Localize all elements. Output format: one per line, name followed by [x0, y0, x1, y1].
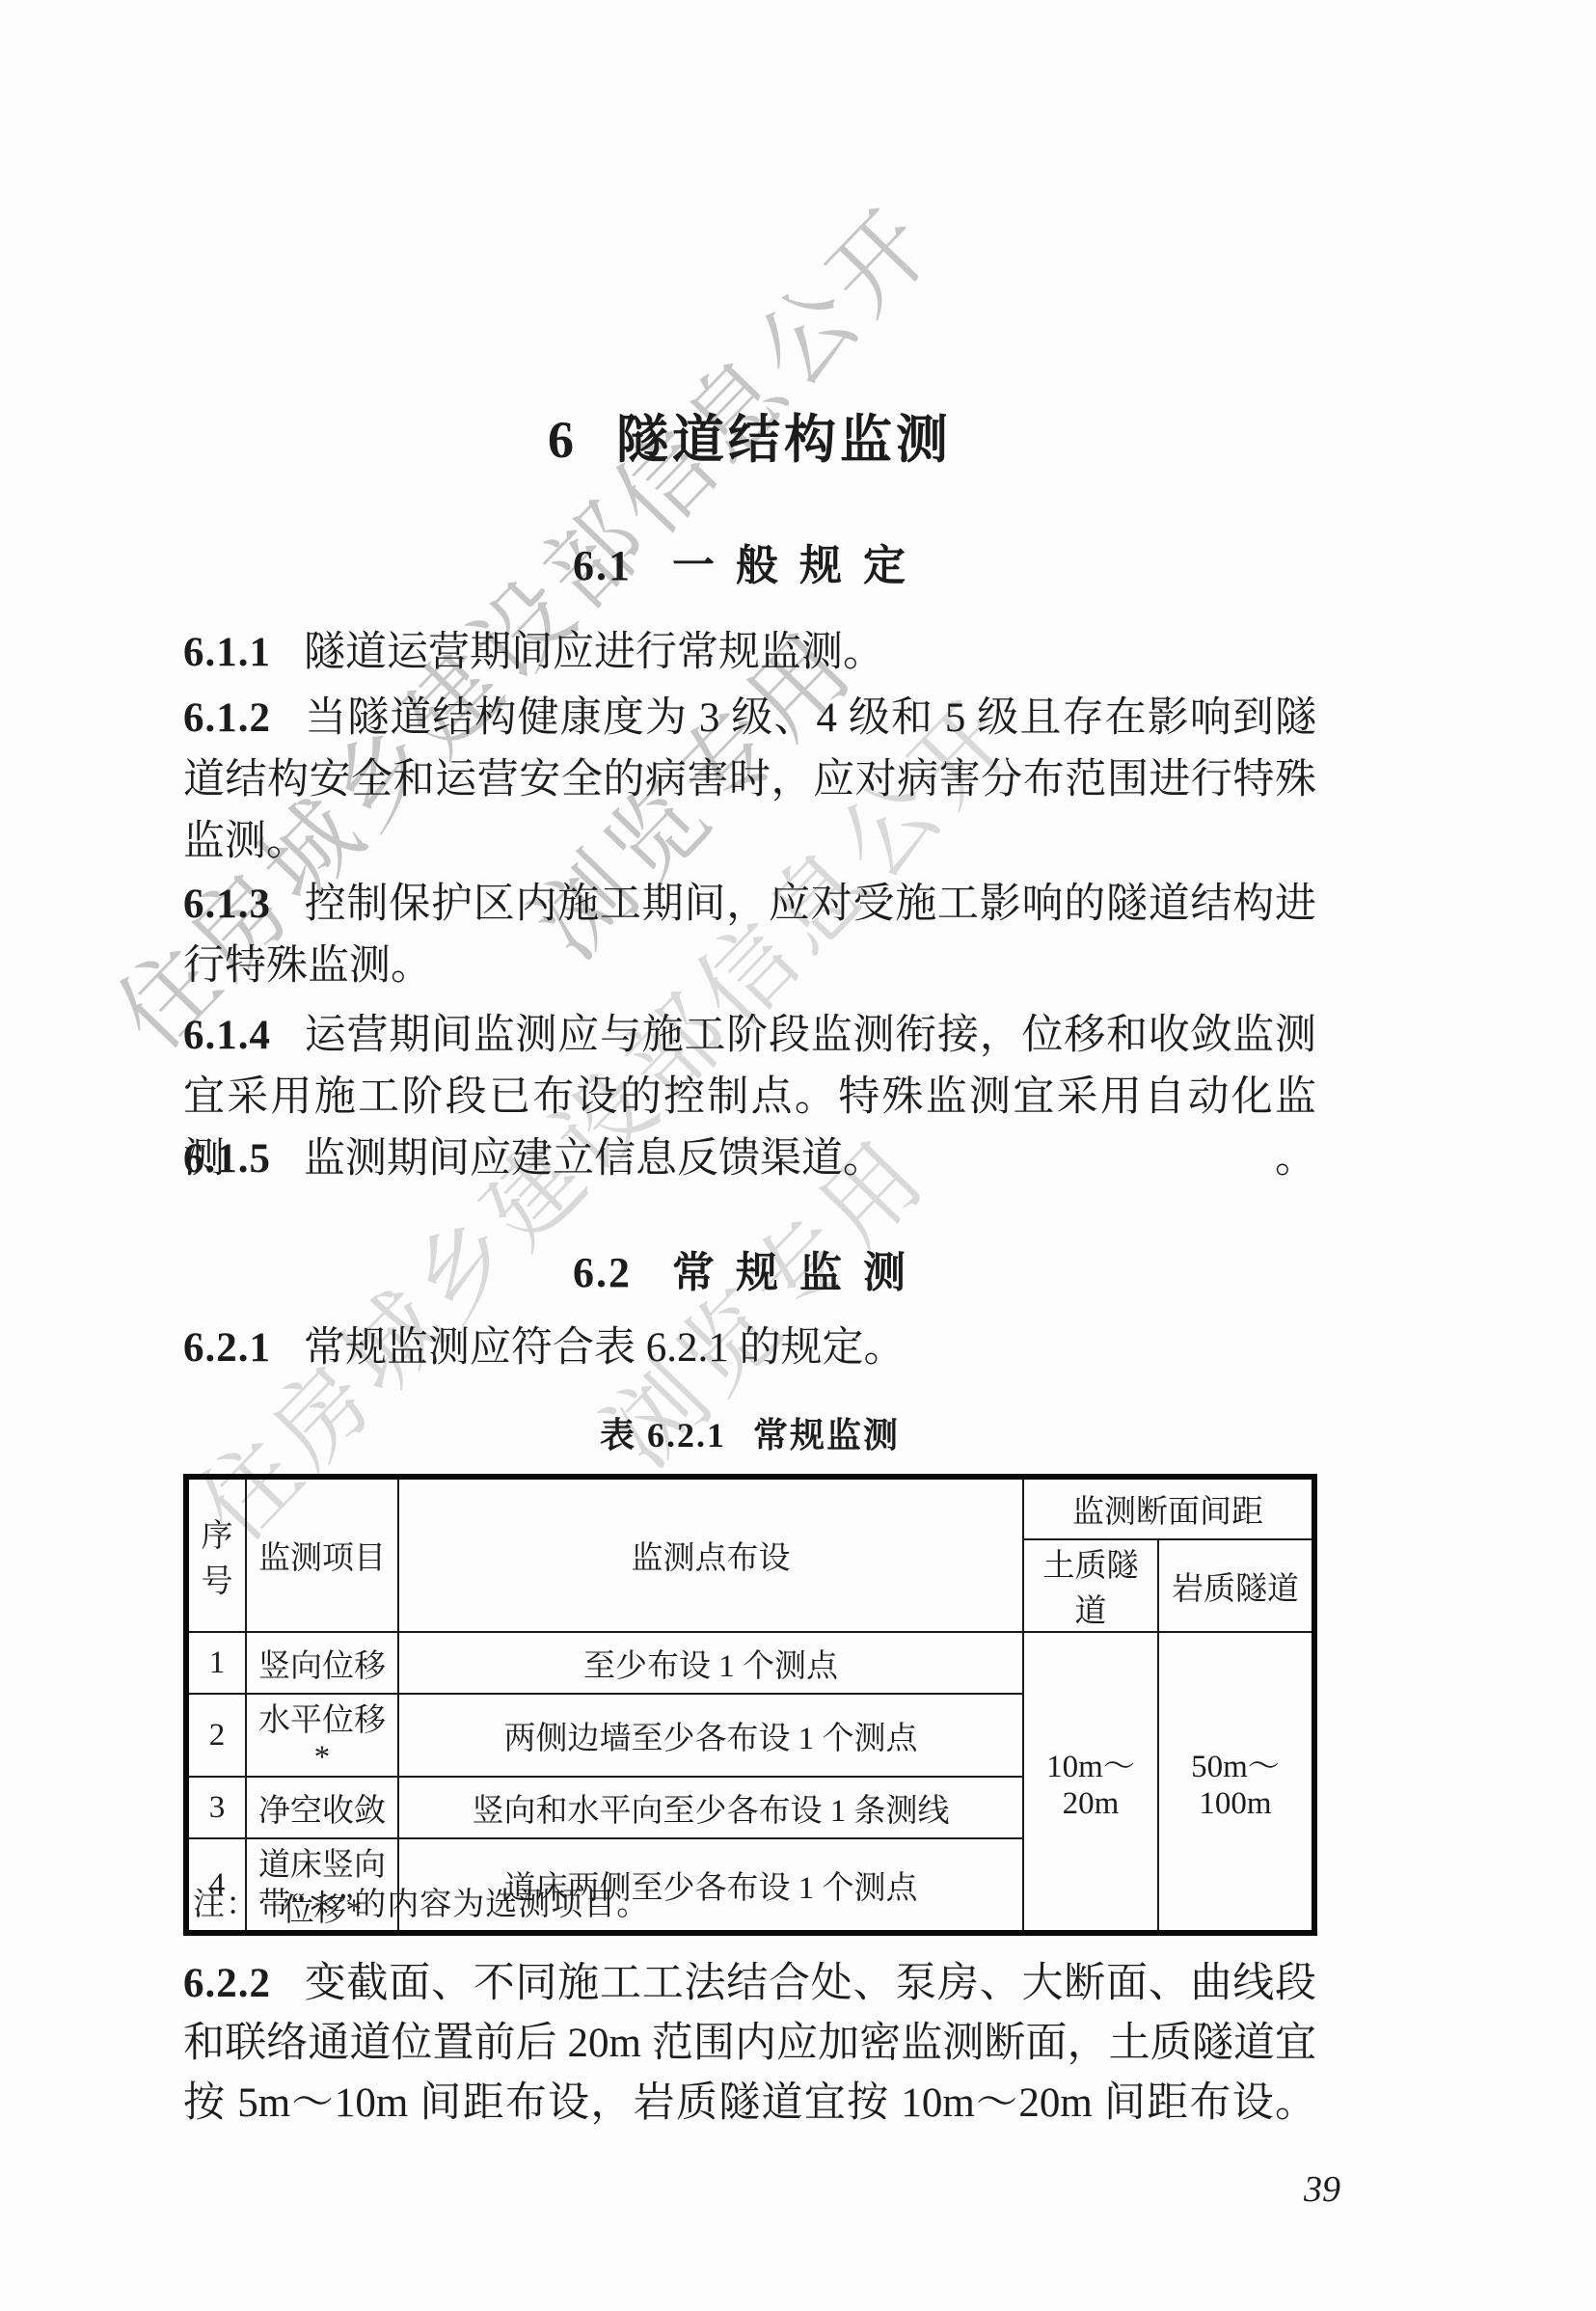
clause-line: 监测。 — [183, 811, 1316, 873]
clause-6-1-1: 6.1.1隧道运营期间应进行常规监测。 — [183, 622, 1316, 684]
clause-text: 当隧道结构健康度为 3 级、4 级和 5 级且存在影响到隧 — [304, 695, 1316, 741]
section-6-1-title: 一般规定 — [672, 542, 927, 589]
clause-line: 6.1.5监测期间应建立信息反馈渠道。 — [183, 1128, 1316, 1190]
clause-text: 道结构安全和运营安全的病害时，应对病害分布范围进行特殊 — [183, 757, 1316, 802]
header-rock-tunnel: 岩质隧道 — [1158, 1539, 1314, 1632]
clause-line: 6.2.2变截面、不同施工工法结合处、泵房、大断面、曲线段 — [183, 1954, 1316, 2014]
header-layout: 监测点布设 — [398, 1477, 1023, 1632]
section-heading-6-1: 6.1一般规定 — [183, 530, 1316, 592]
clause-line: 6.1.1隧道运营期间应进行常规监测。 — [183, 622, 1316, 684]
clause-text: 常规监测应符合表 6.2.1 的规定。 — [304, 1325, 906, 1371]
table-caption-number: 表 6.2.1 — [600, 1416, 726, 1455]
page-number: 39 — [1304, 2168, 1340, 2211]
header-no: 序号 — [186, 1477, 246, 1632]
clause-line: 6.1.4运营期间监测应与施工阶段监测衔接，位移和收敛监测 — [183, 1005, 1316, 1067]
clause-text: 按 5m～10m 间距布设，岩质隧道宜按 10m～20m 间距布设。 — [183, 2080, 1316, 2126]
clause-6-1-3: 6.1.3控制保护区内施工期间，应对受施工影响的隧道结构进 行特殊监测。 — [183, 874, 1316, 997]
clause-number: 6.2.2 — [183, 1961, 271, 2006]
document-page: 住房城乡建设部信息公开 浏览专用 住房城乡建设部信息公开 浏览专用 6隧道结构监… — [0, 0, 1596, 2311]
clause-text: 隧道运营期间应进行常规监测。 — [304, 630, 884, 675]
table-caption: 表 6.2.1常规监测 — [183, 1408, 1316, 1457]
header-spacing-group: 监测断面间距 — [1023, 1477, 1314, 1539]
cell-layout: 竖向和水平向至少各布设 1 条测线 — [398, 1777, 1023, 1838]
table-note: 注：带“＊”的内容为选测项目。 — [193, 1879, 649, 1924]
clause-6-1-5: 6.1.5监测期间应建立信息反馈渠道。 — [183, 1128, 1316, 1190]
clause-text: 监测。 — [183, 819, 308, 864]
table-caption-title: 常规监测 — [753, 1416, 900, 1455]
clause-line: 行特殊监测。 — [183, 936, 1316, 997]
clause-line: 6.1.2当隧道结构健康度为 3 级、4 级和 5 级且存在影响到隧 — [183, 688, 1316, 749]
clause-line: 按 5m～10m 间距布设，岩质隧道宜按 10m～20m 间距布设。 — [183, 2074, 1316, 2134]
clause-number: 6.1.4 — [183, 1013, 271, 1058]
clause-text: 和联络通道位置前后 20m 范围内应加密监测断面，土质隧道宜 — [183, 2021, 1316, 2066]
cell-spacing-soil: 10m～20m — [1023, 1632, 1158, 1933]
header-soil-tunnel: 土质隧道 — [1023, 1539, 1158, 1632]
chapter-title: 6隧道结构监测 — [183, 398, 1316, 473]
section-6-2-title: 常规监测 — [672, 1249, 927, 1296]
clause-number: 6.2.1 — [183, 1325, 271, 1371]
regular-monitoring-table: 序号 监测项目 监测点布设 监测断面间距 土质隧道 岩质隧道 1 竖向位移 至少… — [183, 1474, 1312, 1936]
clause-6-1-2: 6.1.2当隧道结构健康度为 3 级、4 级和 5 级且存在影响到隧 道结构安全… — [183, 688, 1316, 873]
chapter-number: 6 — [548, 411, 578, 469]
clause-text: 控制保护区内施工期间，应对受施工影响的隧道结构进 — [304, 882, 1316, 927]
chapter-title-text: 隧道结构监测 — [616, 411, 952, 469]
clause-number: 6.1.1 — [183, 630, 271, 675]
header-item: 监测项目 — [246, 1477, 398, 1632]
cell-item: 竖向位移 — [246, 1632, 398, 1694]
clause-text: 变截面、不同施工工法结合处、泵房、大断面、曲线段 — [304, 1961, 1316, 2006]
clause-number: 6.1.5 — [183, 1136, 271, 1182]
clause-line: 道结构安全和运营安全的病害时，应对病害分布范围进行特殊 — [183, 749, 1316, 811]
section-6-2-number: 6.2 — [573, 1249, 632, 1296]
clause-line: 6.2.1常规监测应符合表 6.2.1 的规定。 — [183, 1318, 1316, 1379]
cell-layout: 至少布设 1 个测点 — [398, 1632, 1023, 1694]
cell-item: 净空收敛 — [246, 1777, 398, 1838]
clause-text: 监测期间应建立信息反馈渠道。 — [304, 1136, 884, 1182]
cell-no: 1 — [186, 1632, 246, 1694]
clause-line: 6.1.3控制保护区内施工期间，应对受施工影响的隧道结构进 — [183, 874, 1316, 936]
clause-6-2-1: 6.2.1常规监测应符合表 6.2.1 的规定。 — [183, 1318, 1316, 1379]
section-6-1-number: 6.1 — [573, 542, 632, 589]
cell-item: 水平位移* — [246, 1694, 398, 1777]
cell-layout: 两侧边墙至少各布设 1 个测点 — [398, 1694, 1023, 1777]
table-row: 1 竖向位移 至少布设 1 个测点 10m～20m 50m～100m — [186, 1632, 1314, 1694]
clause-number: 6.1.2 — [183, 695, 271, 741]
cell-no: 3 — [186, 1777, 246, 1838]
clause-line: 和联络通道位置前后 20m 范围内应加密监测断面，土质隧道宜 — [183, 2014, 1316, 2074]
cell-no: 2 — [186, 1694, 246, 1777]
clause-text: 行特殊监测。 — [183, 943, 432, 989]
section-heading-6-2: 6.2常规监测 — [183, 1237, 1316, 1299]
clause-number: 6.1.3 — [183, 882, 271, 927]
cell-spacing-rock: 50m～100m — [1158, 1632, 1314, 1933]
clause-text: 运营期间监测应与施工阶段监测衔接，位移和收敛监测 — [304, 1013, 1316, 1058]
clause-6-2-2: 6.2.2变截面、不同施工工法结合处、泵房、大断面、曲线段 和联络通道位置前后 … — [183, 1954, 1316, 2134]
